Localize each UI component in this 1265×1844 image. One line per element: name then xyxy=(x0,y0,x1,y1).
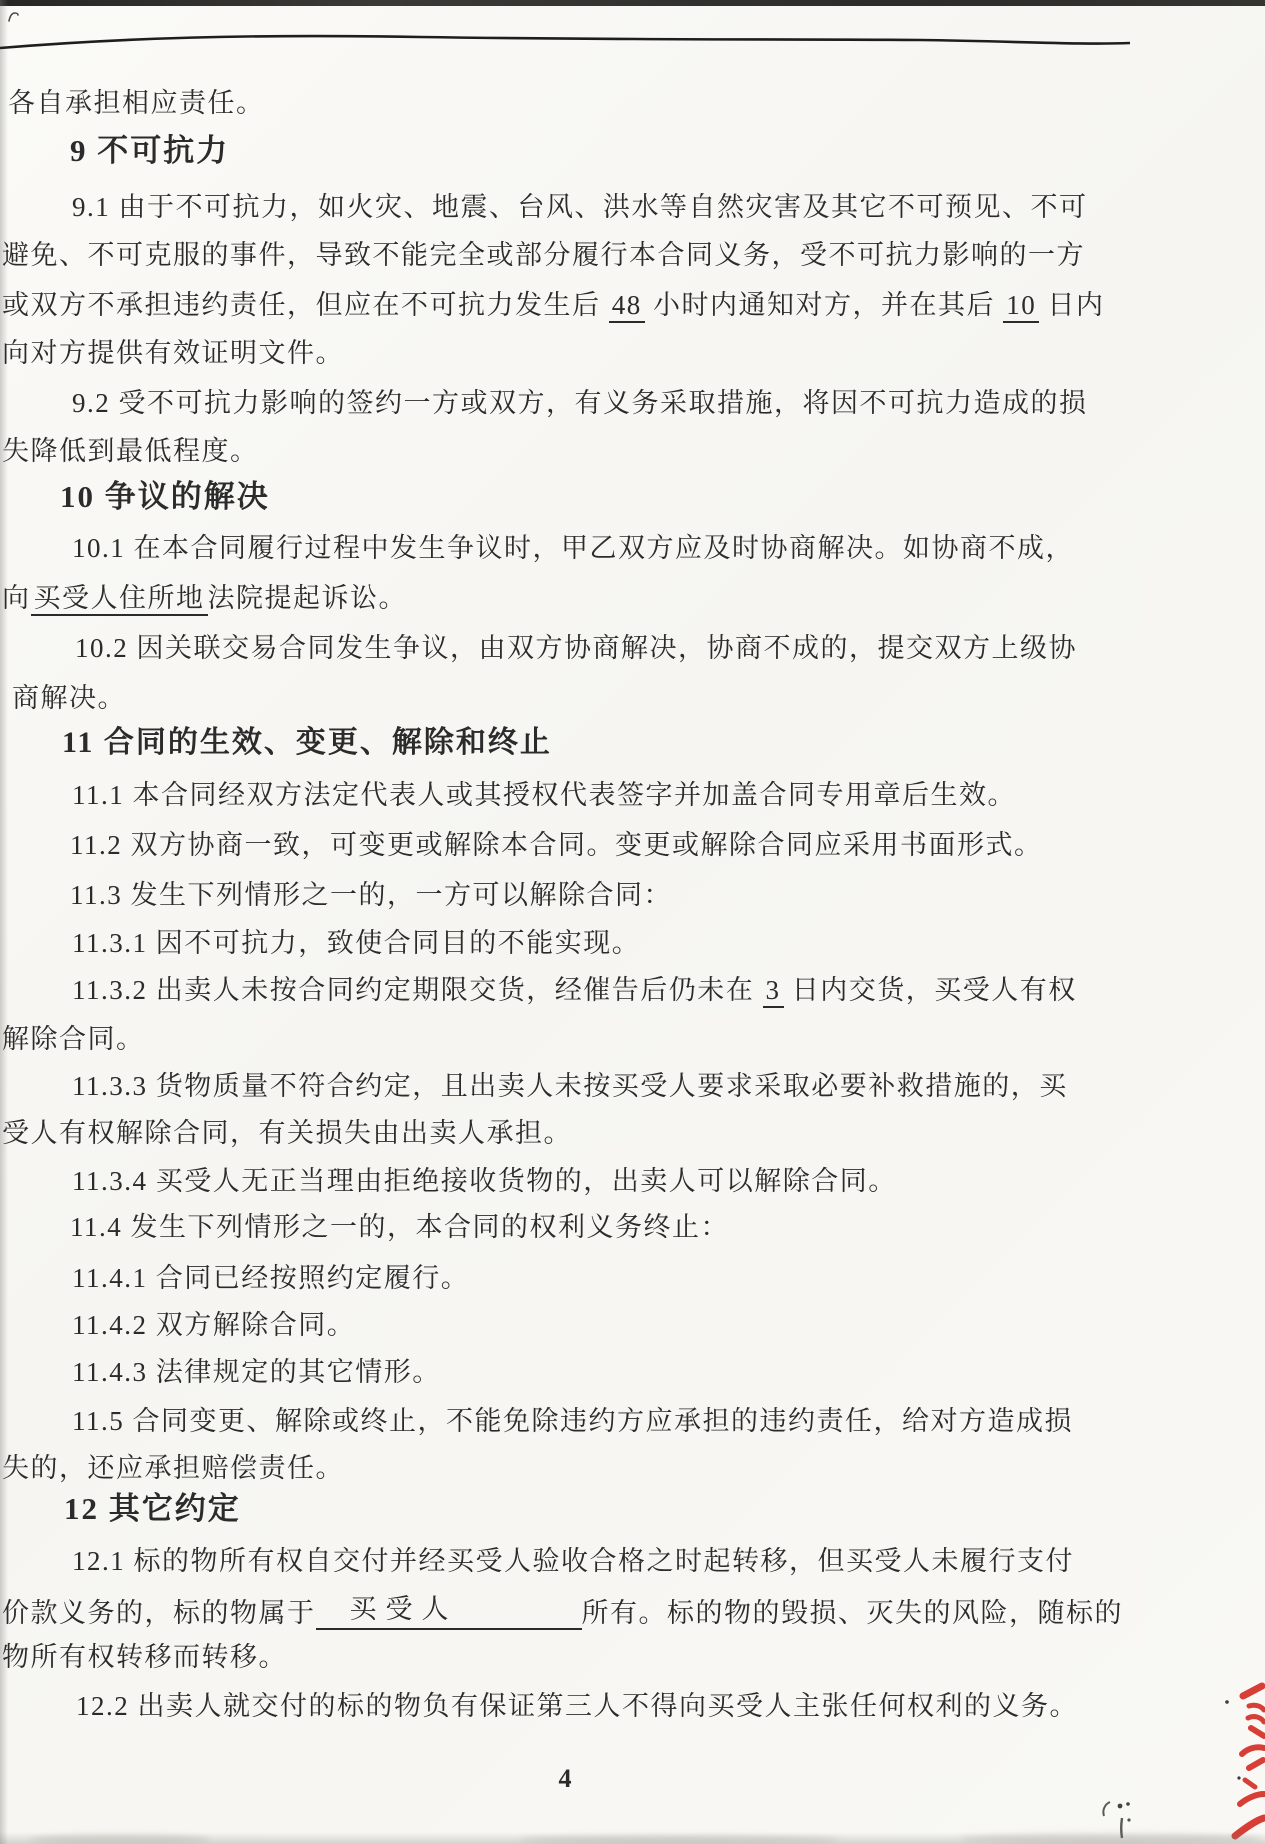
clause-11-4-3: 11.4.3 法律规定的其它情形。 xyxy=(72,1355,441,1389)
court-venue-value: 买受人住所地 xyxy=(31,583,208,616)
clause-12-2: 12.2 出卖人就交付的标的物负有保证第三人不得向买受人主张任何权利的义务。 xyxy=(76,1689,1078,1723)
clause-12-1-line-3: 物所有权转移而转移。 xyxy=(2,1640,287,1674)
clause-11-3-4: 11.3.4 买受人无正当理由拒绝接收货物的，出卖人可以解除合同。 xyxy=(72,1164,897,1198)
clause-9-1-line-1: 9.1 由于不可抗力，如火灾、地震、台风、洪水等自然灾害及其它不可预见、不可 xyxy=(72,190,1088,224)
clause-12-1-line-1: 12.1 标的物所有权自交付并经买受人验收合格之时起转移，但买受人未履行支付 xyxy=(72,1544,1074,1578)
clause-11-2: 11.2 双方协商一致，可变更或解除本合同。变更或解除合同应采用书面形式。 xyxy=(70,828,1043,862)
clause-12-1-line-2-pre: 价款义务的，标的物属于 xyxy=(2,1598,316,1628)
proof-days-value: 10 xyxy=(1003,290,1039,323)
redelivery-days-value: 3 xyxy=(763,975,784,1008)
owner-fill-in-value: 买受人 xyxy=(316,1592,582,1630)
clause-11-4-1: 11.4.1 合同已经按照约定履行。 xyxy=(72,1261,469,1295)
clause-9-1-line-3-mid: 小时内通知对方，并在其后 xyxy=(645,290,1004,320)
clause-9-2-line-1: 9.2 受不可抗力影响的签约一方或双方，有义务采取措施，将因不可抗力造成的损 xyxy=(72,386,1088,420)
clause-9-1-line-2: 避免、不可克服的事件，导致不能完全或部分履行本合同义务，受不可抗力影响的一方 xyxy=(2,238,1085,272)
clause-12-1-line-2-post: 所有。标的物的毁损、灭失的风险，随标的 xyxy=(582,1598,1124,1628)
clause-11-3-1: 11.3.1 因不可抗力，致使合同目的不能实现。 xyxy=(72,926,640,960)
clause-11-5-line-2: 失的，还应承担赔偿责任。 xyxy=(2,1451,344,1485)
clause-11-3-2-post: 日内交货，买受人有权 xyxy=(784,975,1077,1005)
section-10-heading: 10 争议的解决 xyxy=(60,480,270,514)
scan-blotch xyxy=(30,1834,210,1844)
clause-11-3-3-line-1: 11.3.3 货物质量不符合约定，且出卖人未按买受人要求采取必要补救措施的，买 xyxy=(72,1069,1068,1103)
clause-12-1-line-2: 价款义务的，标的物属于买受人所有。标的物的毁损、灭失的风险，随标的 xyxy=(2,1592,1123,1630)
clause-11-1: 11.1 本合同经双方法定代表人或其授权代表签字并加盖合同专用章后生效。 xyxy=(72,778,1016,812)
scan-blotch xyxy=(520,1835,840,1844)
scan-stray-mark xyxy=(6,8,24,26)
clause-9-1-line-4: 向对方提供有效证明文件。 xyxy=(2,336,344,370)
clause-11-4: 11.4 发生下列情形之一的，本合同的权利义务终止： xyxy=(70,1210,729,1244)
red-seal-stamp-fragment xyxy=(1215,1680,1265,1844)
clause-10-1-line-2-post: 法院提起诉讼。 xyxy=(208,583,408,613)
clause-10-1-line-2-pre: 向 xyxy=(2,583,31,613)
clause-11-4-2: 11.4.2 双方解除合同。 xyxy=(72,1308,355,1342)
page-number: 4 xyxy=(530,1764,600,1794)
notify-hours-value: 48 xyxy=(609,290,645,323)
clause-10-1-line-1: 10.1 在本合同履行过程中发生争议时，甲乙双方应及时协商解决。如协商不成， xyxy=(72,531,1074,565)
scan-left-edge-shadow xyxy=(0,0,8,1844)
scan-blotch xyxy=(960,1833,1260,1844)
clause-10-2-line-1: 10.2 因关联交易合同发生争议，由双方协商解决，协商不成的，提交双方上级协 xyxy=(75,631,1077,665)
clause-11-3-3-line-2: 受人有权解除合同，有关损失由出卖人承担。 xyxy=(2,1116,572,1150)
clause-11-3-2-line-2: 解除合同。 xyxy=(2,1022,145,1056)
clause-9-2-line-2: 失降低到最低程度。 xyxy=(2,434,259,468)
section-12-heading: 12 其它约定 xyxy=(64,1492,241,1526)
clause-11-3-2-pre: 11.3.2 出卖人未按合同约定期限交货，经催告后仍未在 xyxy=(72,975,763,1005)
scan-top-dark-band xyxy=(0,0,1265,6)
clause-9-1-line-3-text: 或双方不承担违约责任，但应在不可抗力发生后 xyxy=(2,290,609,320)
clause-11-3-2-line-1: 11.3.2 出卖人未按合同约定期限交货，经催告后仍未在 3 日内交货，买受人有… xyxy=(72,973,1077,1007)
page-top-rule xyxy=(0,28,1265,60)
section-9-heading: 9 不可抗力 xyxy=(70,134,229,168)
clause-10-1-line-2: 向买受人住所地法院提起诉讼。 xyxy=(2,581,407,615)
clause-11-3: 11.3 发生下列情形之一的，一方可以解除合同： xyxy=(70,878,672,912)
section-11-heading: 11 合同的生效、变更、解除和终止 xyxy=(62,726,552,760)
clause-9-1-line-3: 或双方不承担违约责任，但应在不可抗力发生后 48 小时内通知对方，并在其后 10… xyxy=(2,288,1105,322)
clause-11-5-line-1: 11.5 合同变更、解除或终止，不能免除违约方应承担的违约责任，给对方造成损 xyxy=(72,1404,1073,1438)
intro-line: 各自承担相应责任。 xyxy=(8,86,265,120)
clause-9-1-line-3-post: 日内 xyxy=(1039,290,1104,320)
clause-10-2-line-2: 商解决。 xyxy=(12,681,126,715)
scanned-contract-page: 各自承担相应责任。 9 不可抗力 9.1 由于不可抗力，如火灾、地震、台风、洪水… xyxy=(0,0,1265,1844)
